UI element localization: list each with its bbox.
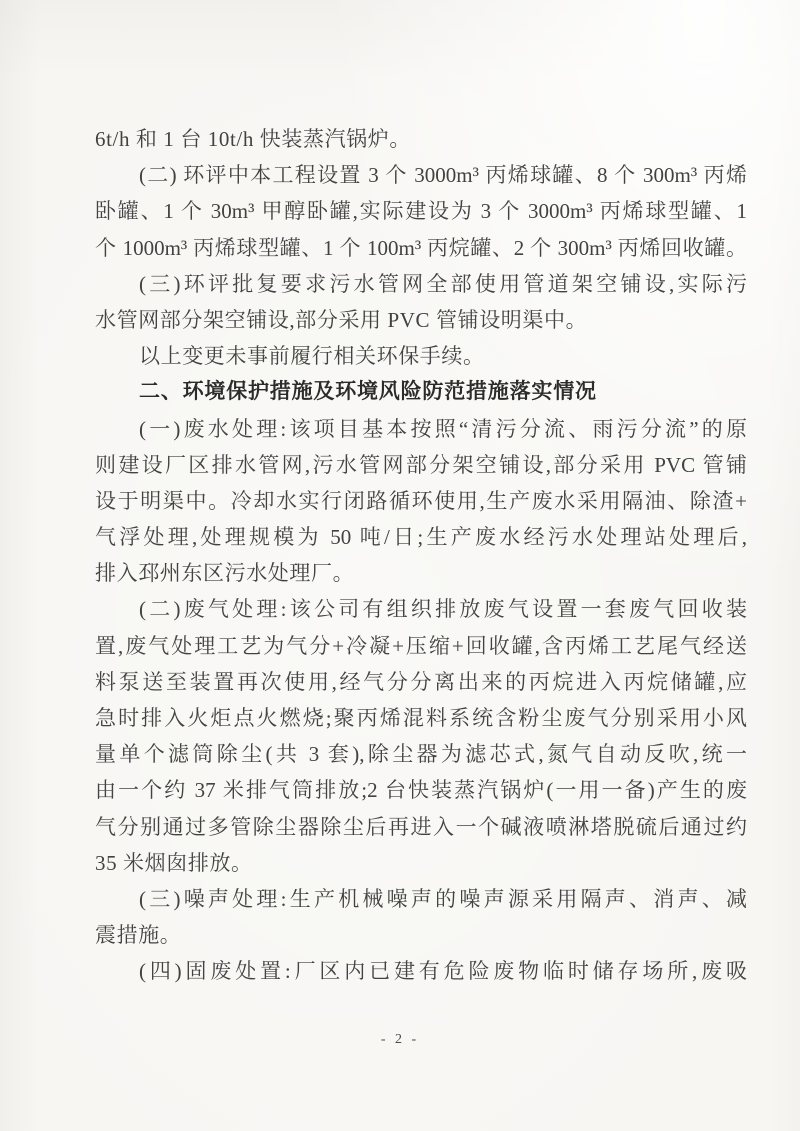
- text-line: 排入邳州东区污水处理厂。: [95, 555, 747, 591]
- scanned-document-page: 6t/h 和 1 台 10t/h 快装蒸汽锅炉。(二) 环评中本工程设置 3 个…: [0, 0, 800, 1131]
- text-line: 35 米烟囱排放。: [95, 845, 747, 881]
- text-line: 置,废气处理工艺为气分+冷凝+压缩+回收罐,含丙烯工艺尾气经送: [95, 628, 747, 664]
- text-line: 气浮处理,处理规模为 50 吨/日;生产废水经污水处理站处理后,: [95, 519, 747, 555]
- text-line: 水管网部分架空铺设,部分采用 PVC 管铺设明渠中。: [95, 302, 747, 338]
- text-line: (一)废水处理:该项目基本按照“清污分流、雨污分流”的原: [95, 411, 747, 447]
- text-line: 气分别通过多管除尘器除尘后再进入一个碱液喷淋塔脱硫后通过约: [95, 809, 747, 845]
- text-line: 卧罐、1 个 30m³ 甲醇卧罐,实际建设为 3 个 3000m³ 丙烯球型罐、…: [95, 193, 747, 229]
- text-line: (二)废气处理:该公司有组织排放废气设置一套废气回收装: [95, 591, 747, 627]
- text-line: 量单个滤筒除尘(共 3 套),除尘器为滤芯式,氮气自动反吹,统一: [95, 736, 747, 772]
- text-line: 以上变更未事前履行相关环保手续。: [95, 338, 747, 374]
- section-heading: 二、环境保护措施及环境风险防范措施落实情况: [95, 374, 747, 410]
- text-line: 则建设厂区排水管网,污水管网部分架空铺设,部分采用 PVC 管铺: [95, 447, 747, 483]
- text-line: (三)噪声处理:生产机械噪声的噪声源采用隔声、消声、减: [95, 881, 747, 917]
- text-line: 急时排入火炬点火燃烧;聚丙烯混料系统含粉尘废气分别采用小风: [95, 700, 747, 736]
- text-line: (三)环评批复要求污水管网全部使用管道架空铺设,实际污: [95, 266, 747, 302]
- text-line: 由一个约 37 米排气筒排放;2 台快装蒸汽锅炉(一用一备)产生的废: [95, 772, 747, 808]
- page-number: - 2 -: [0, 1032, 800, 1048]
- text-line: 设于明渠中。冷却水实行闭路循环使用,生产废水采用隔油、除渣+: [95, 483, 747, 519]
- text-line: (四)固废处置:厂区内已建有危险废物临时储存场所,废吸: [95, 953, 747, 989]
- text-line: 个 1000m³ 丙烯球型罐、1 个 100m³ 丙烷罐、2 个 300m³ 丙…: [95, 230, 747, 266]
- text-line: (二) 环评中本工程设置 3 个 3000m³ 丙烯球罐、8 个 300m³ 丙…: [95, 157, 747, 193]
- text-line: 料泵送至装置再次使用,经气分分离出来的丙烷进入丙烷储罐,应: [95, 664, 747, 700]
- text-line: 6t/h 和 1 台 10t/h 快装蒸汽锅炉。: [95, 121, 747, 157]
- text-line: 震措施。: [95, 917, 747, 953]
- document-body: 6t/h 和 1 台 10t/h 快装蒸汽锅炉。(二) 环评中本工程设置 3 个…: [95, 121, 747, 990]
